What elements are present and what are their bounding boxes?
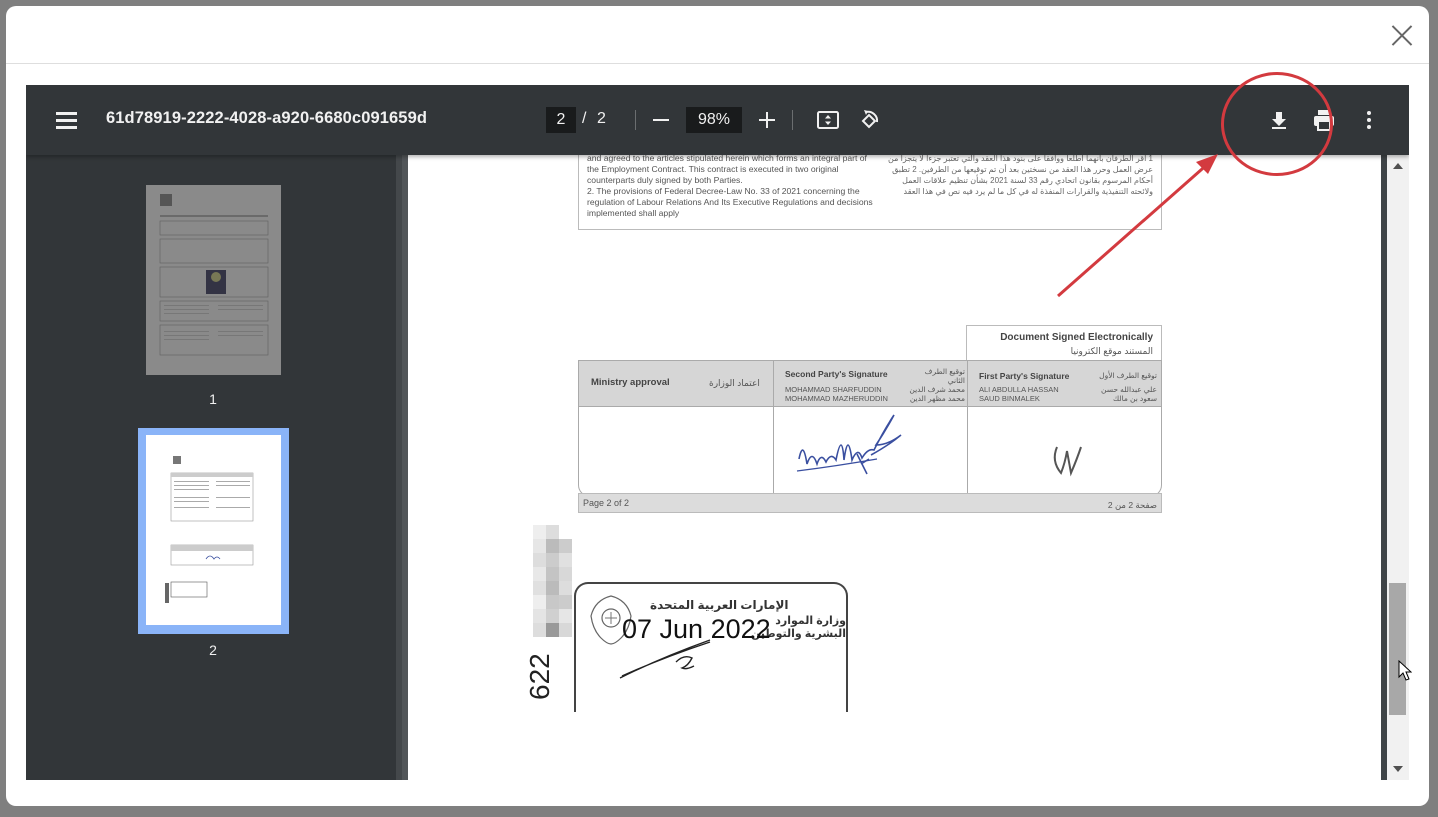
- first-party-names-ar: علي عبدالله حسن سعود بن مالك: [1099, 385, 1157, 403]
- page-footer-ar: صفحة 2 من 2: [1108, 500, 1157, 511]
- ministry-approval-label: Ministry approval: [591, 377, 670, 388]
- toolbar-divider: [635, 110, 636, 130]
- mouse-cursor-icon: [1398, 660, 1412, 682]
- redacted-barcode: [533, 525, 573, 647]
- clause-text-en: and agreed to the articles stipulated he…: [587, 153, 877, 219]
- fit-to-page-icon[interactable]: [815, 107, 841, 133]
- signed-electronically-box: Document Signed Electronically المستند م…: [966, 325, 1162, 363]
- scroll-down-arrow-icon[interactable]: [1393, 766, 1403, 772]
- page-footer: Page 2 of 2 صفحة 2 من 2: [578, 493, 1162, 513]
- thumbnail-label-1: 1: [193, 391, 233, 407]
- vertical-reference-number: 622: [524, 653, 556, 700]
- zoom-out-button[interactable]: [653, 119, 669, 121]
- ministry-stamp: الإمارات العربية المتحدة وزارة الموارد ا…: [574, 582, 848, 712]
- document-page: and agreed to the articles stipulated he…: [408, 155, 1387, 780]
- pdf-toolbar: 61d78919-2222-4028-a920-6680c091659d 2 /…: [26, 85, 1409, 155]
- download-icon[interactable]: [1266, 107, 1292, 133]
- second-party-names-ar: محمد شرف الدين محمد مظهر الدين: [905, 385, 965, 403]
- scrollbar-thumb[interactable]: [1389, 583, 1406, 715]
- close-icon[interactable]: [1389, 22, 1415, 48]
- first-party-names: ALI ABDULLA HASSAN SAUD BINMALEK: [979, 385, 1059, 403]
- stamp-country: الإمارات العربية المتحدة: [650, 598, 789, 612]
- first-party-label: First Party's Signature: [979, 371, 1069, 381]
- zoom-level-input[interactable]: 98%: [686, 107, 742, 133]
- signed-electronically-label-ar: المستند موقع الكترونيا: [1071, 346, 1153, 357]
- thumbnail-label-2: 2: [193, 642, 233, 658]
- thumbnail-sidebar: 1 2: [26, 155, 402, 780]
- second-party-label: Second Party's Signature: [785, 369, 888, 379]
- modal-header: [6, 6, 1429, 64]
- stamp-signature: [616, 634, 726, 684]
- toolbar-divider: [792, 110, 793, 130]
- second-party-label-ar: توقيع الطرف الثاني: [915, 367, 965, 385]
- page-footer-en: Page 2 of 2: [583, 498, 629, 508]
- signed-electronically-label: Document Signed Electronically: [1000, 332, 1153, 343]
- page-thumbnail-1[interactable]: [146, 185, 281, 375]
- rotate-counterclockwise-icon[interactable]: [855, 107, 881, 133]
- hamburger-menu-icon[interactable]: [56, 111, 77, 129]
- more-vertical-icon[interactable]: [1356, 107, 1382, 133]
- first-party-label-ar: توقيع الطرف الأول: [1079, 371, 1157, 380]
- pdf-modal: 61d78919-2222-4028-a920-6680c091659d 2 /…: [6, 6, 1429, 806]
- ministry-approval-label-ar: اعتماد الوزارة: [709, 379, 760, 388]
- scroll-up-arrow-icon[interactable]: [1393, 163, 1403, 169]
- signature-table: Ministry approval اعتماد الوزارة Second …: [578, 360, 1162, 497]
- page-number-input[interactable]: 2: [546, 107, 576, 133]
- document-scrollbar[interactable]: [1387, 155, 1409, 780]
- page-separator: /: [582, 110, 586, 128]
- zoom-in-button[interactable]: [759, 112, 775, 128]
- second-party-names: MOHAMMAD SHARFUDDIN MOHAMMAD MAZHERUDDIN: [785, 385, 888, 403]
- print-icon[interactable]: [1311, 107, 1337, 133]
- page-thumbnail-2[interactable]: [138, 428, 289, 634]
- page-total: 2: [597, 110, 606, 128]
- first-party-signature: [1047, 439, 1087, 484]
- document-title: 61d78919-2222-4028-a920-6680c091659d: [106, 109, 427, 128]
- second-party-signature: [789, 409, 939, 494]
- contract-clause-box: and agreed to the articles stipulated he…: [578, 145, 1162, 230]
- pdf-viewer: 61d78919-2222-4028-a920-6680c091659d 2 /…: [26, 85, 1409, 780]
- clause-text-ar: 1 أقر الطرفان بأنهما اطلعا ووافقا على بن…: [883, 153, 1153, 197]
